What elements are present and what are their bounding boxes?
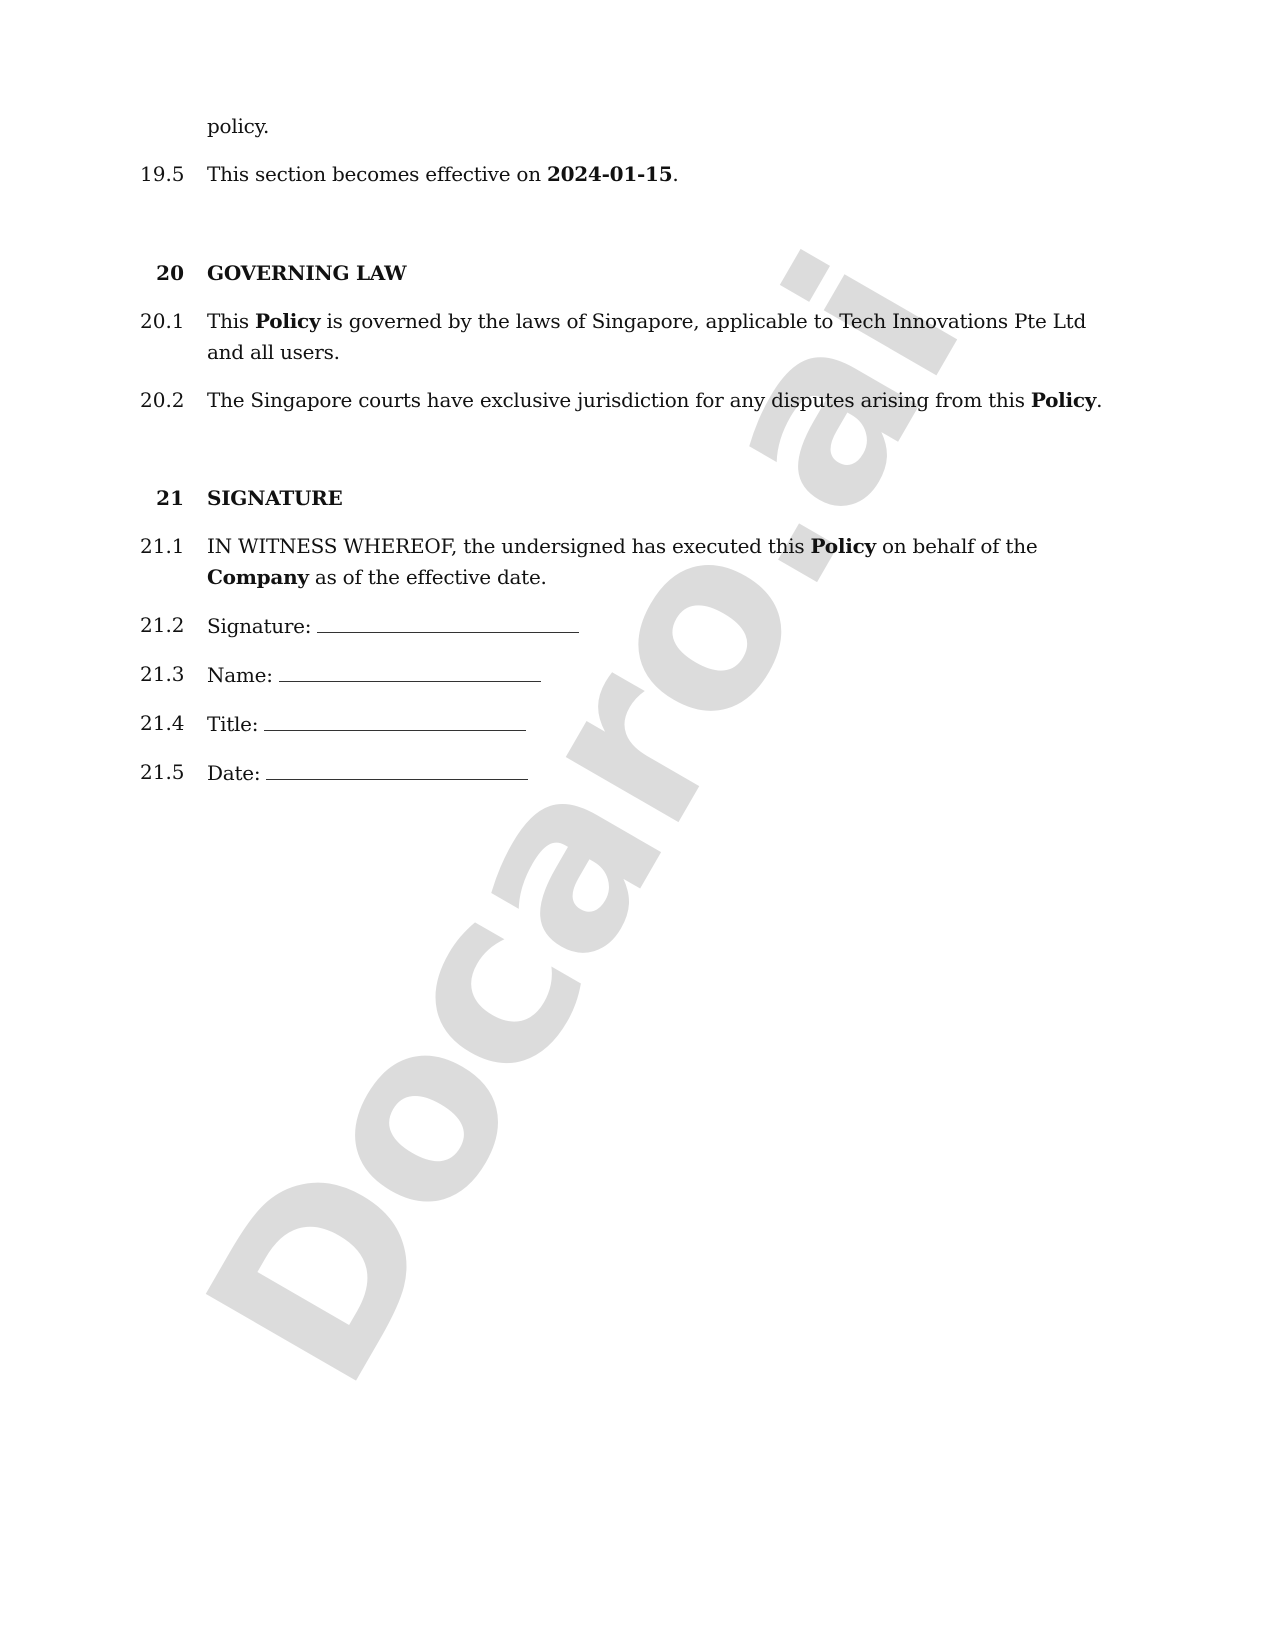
document-page: policy. 19.5 This section becomes effect…: [0, 0, 1275, 1650]
clause-number: 21.1: [140, 531, 207, 593]
section-heading-governing-law: 20 GOVERNING LAW: [140, 258, 1120, 289]
title-label: Title:: [207, 712, 258, 736]
clause-21-1: 21.1 IN WITNESS WHEREOF, the undersigned…: [140, 531, 1120, 593]
date-label: Date:: [207, 761, 260, 785]
signature-field-row: 21.2 Signature:: [140, 610, 1120, 642]
clause-text: This section becomes effective on 2024-0…: [207, 159, 1120, 190]
clause-text: The Singapore courts have exclusive juri…: [207, 385, 1120, 416]
section-number: 21: [140, 483, 207, 514]
section-title: GOVERNING LAW: [207, 258, 1120, 289]
section-number: 20: [140, 258, 207, 289]
defined-term-company: Company: [207, 565, 309, 589]
clause-number: 21.4: [140, 708, 207, 740]
clause-number: 20.1: [140, 306, 207, 368]
title-blank-line[interactable]: [264, 708, 526, 731]
clause-text: This Policy is governed by the laws of S…: [207, 306, 1120, 368]
clause-20-1: 20.1 This Policy is governed by the laws…: [140, 306, 1120, 368]
date-field-row: 21.5 Date:: [140, 757, 1120, 789]
clause-number: 21.3: [140, 659, 207, 691]
continuation-line: policy.: [140, 111, 1120, 142]
date-blank-line[interactable]: [266, 757, 528, 780]
clause-number: 21.2: [140, 610, 207, 642]
title-field-row: 21.4 Title:: [140, 708, 1120, 740]
effective-date: 2024-01-15: [547, 162, 672, 186]
section-heading-signature: 21 SIGNATURE: [140, 483, 1120, 514]
signature-label: Signature:: [207, 614, 311, 638]
clause-number: 21.5: [140, 757, 207, 789]
clause-19-5: 19.5 This section becomes effective on 2…: [140, 159, 1120, 190]
name-label: Name:: [207, 663, 273, 687]
defined-term-policy: Policy: [1031, 388, 1096, 412]
clause-number: 19.5: [140, 159, 207, 190]
clause-number: 20.2: [140, 385, 207, 416]
clause-20-2: 20.2 The Singapore courts have exclusive…: [140, 385, 1120, 416]
section-title: SIGNATURE: [207, 483, 1120, 514]
continuation-text: policy.: [207, 111, 1120, 142]
clause-text: IN WITNESS WHEREOF, the undersigned has …: [207, 531, 1120, 593]
defined-term-policy: Policy: [811, 534, 876, 558]
signature-blank-line[interactable]: [317, 610, 579, 633]
defined-term-policy: Policy: [255, 309, 320, 333]
name-blank-line[interactable]: [279, 659, 541, 682]
name-field-row: 21.3 Name:: [140, 659, 1120, 691]
